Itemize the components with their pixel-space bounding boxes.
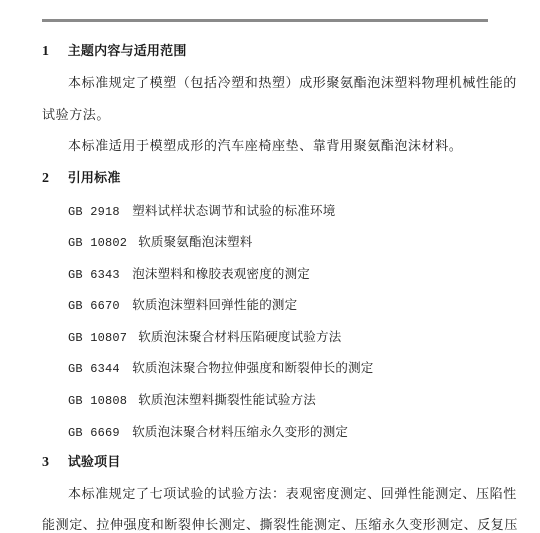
reference-title: 软质聚氨酯泡沫塑料 [138, 234, 252, 249]
reference-item: GB 6343 泡沫塑料和橡胶表观密度的测定 [68, 266, 310, 283]
reference-title: 软质泡沫塑料撕裂性能试验方法 [138, 392, 316, 407]
section-heading-1: 1 主题内容与适用范围 [42, 44, 187, 60]
header-rule [42, 19, 488, 22]
reference-code: GB 10807 [68, 330, 134, 346]
paragraph-line: 本标准规定了七项试验的试验方法：表观密度测定、回弹性能测定、压陷性 [68, 487, 517, 503]
section-number: 1 [42, 44, 63, 60]
reference-code: GB 2918 [68, 204, 128, 220]
reference-title: 软质泡沫聚合材料压陷硬度试验方法 [138, 329, 341, 344]
paragraph-line: 本标准适用于模塑成形的汽车座椅座垫、靠背用聚氨酯泡沫材料。 [68, 139, 462, 155]
paragraph-line: 能测定、拉伸强度和断裂伸长测定、撕裂性能测定、压缩永久变形测定、反复压 [42, 518, 518, 533]
reference-item: GB 6669 软质泡沫聚合材料压缩永久变形的测定 [68, 424, 348, 441]
reference-item: GB 2918 塑料试样状态调节和试验的标准环境 [68, 203, 335, 220]
reference-title: 塑料试样状态调节和试验的标准环境 [132, 203, 335, 218]
reference-item: GB 10802 软质聚氨酯泡沫塑料 [68, 234, 253, 251]
paragraph-line: 试验方法。 [42, 108, 110, 124]
reference-item: GB 10807 软质泡沫聚合材料压陷硬度试验方法 [68, 329, 341, 346]
reference-code: GB 10808 [68, 393, 134, 409]
reference-code: GB 10802 [68, 235, 134, 251]
reference-title: 软质泡沫塑料回弹性能的测定 [132, 297, 297, 312]
paragraph-line: 本标准规定了模塑（包括冷塑和热塑）成形聚氨酯泡沫塑料物理机械性能的 [68, 76, 517, 92]
reference-item: GB 10808 软质泡沫塑料撕裂性能试验方法 [68, 392, 316, 409]
section-heading-2: 2 引用标准 [42, 171, 121, 187]
reference-code: GB 6670 [68, 298, 128, 314]
section-heading-3: 3 试验项目 [42, 455, 121, 471]
reference-item: GB 6670 软质泡沫塑料回弹性能的测定 [68, 297, 297, 314]
reference-item: GB 6344 软质泡沫聚合物拉伸强度和断裂伸长的测定 [68, 360, 374, 377]
section-number: 2 [42, 171, 63, 187]
reference-title: 软质泡沫聚合材料压缩永久变形的测定 [132, 424, 348, 439]
reference-title: 软质泡沫聚合物拉伸强度和断裂伸长的测定 [132, 360, 373, 375]
reference-code: GB 6343 [68, 267, 128, 283]
reference-code: GB 6669 [68, 425, 128, 441]
reference-title: 泡沫塑料和橡胶表观密度的测定 [132, 266, 310, 281]
section-title: 引用标准 [68, 171, 121, 186]
section-number: 3 [42, 455, 63, 471]
section-title: 试验项目 [68, 455, 121, 470]
reference-code: GB 6344 [68, 361, 128, 377]
section-title: 主题内容与适用范围 [68, 44, 187, 59]
